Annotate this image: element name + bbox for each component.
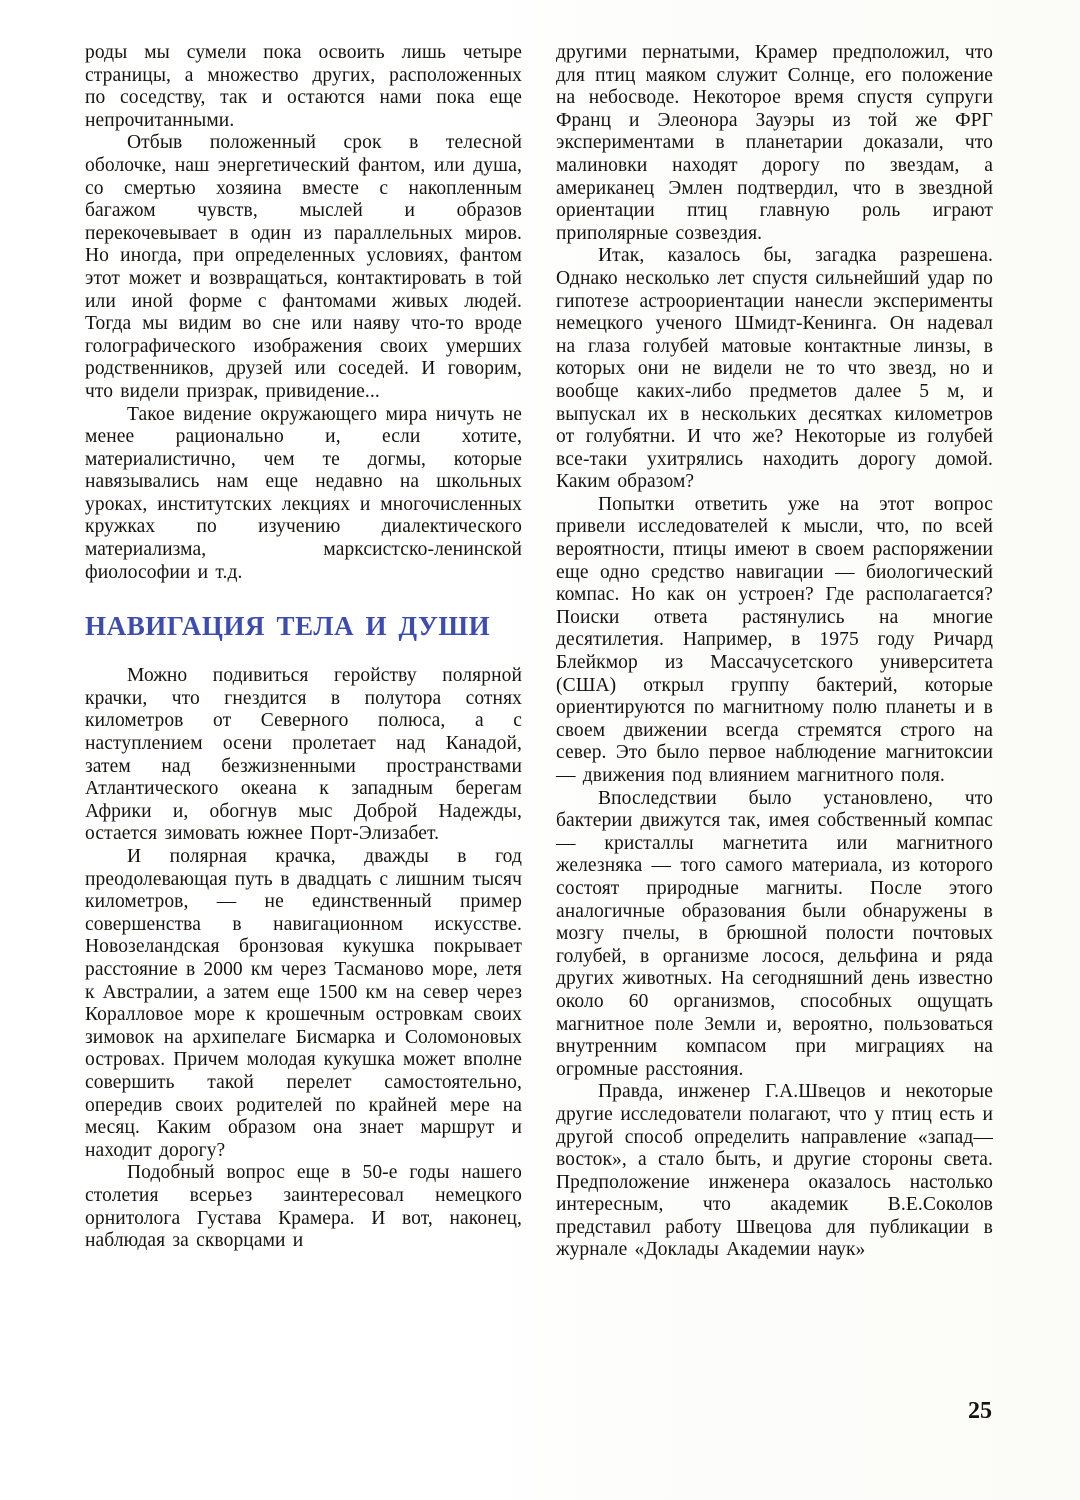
body-paragraph: И полярная крачка, дважды в год преодоле… [85, 846, 522, 1162]
body-paragraph: Подобный вопрос еще в 50-е годы нашего с… [85, 1162, 522, 1252]
two-column-text-layout: роды мы сумели пока освоить лишь четыре … [0, 0, 1080, 1262]
right-column: другими пернатыми, Крамер предположил, ч… [556, 42, 993, 1262]
body-paragraph: Попытки ответить уже на этот вопрос прив… [556, 494, 993, 788]
page-number: 25 [968, 1398, 992, 1425]
body-paragraph: другими пернатыми, Крамер предположил, ч… [556, 42, 993, 245]
body-paragraph: Такое видение окружающего мира ничуть не… [85, 404, 522, 585]
body-paragraph: Правда, инженер Г.А.Швецов и некоторые д… [556, 1081, 993, 1262]
body-paragraph: Можно подивиться геройству полярной крач… [85, 665, 522, 846]
section-heading: НАВИГАЦИЯ ТЕЛА И ДУШИ [85, 611, 522, 641]
body-paragraph: Итак, казалось бы, загадка разрешена. Од… [556, 245, 993, 494]
body-paragraph: Отбыв положенный срок в телесной оболочк… [85, 132, 522, 403]
body-paragraph: Впоследствии было установлено, что бакте… [556, 788, 993, 1082]
body-paragraph: роды мы сумели пока освоить лишь четыре … [85, 42, 522, 132]
scanned-page: роды мы сумели пока освоить лишь четыре … [0, 0, 1080, 1500]
left-column: роды мы сумели пока освоить лишь четыре … [85, 42, 522, 1262]
